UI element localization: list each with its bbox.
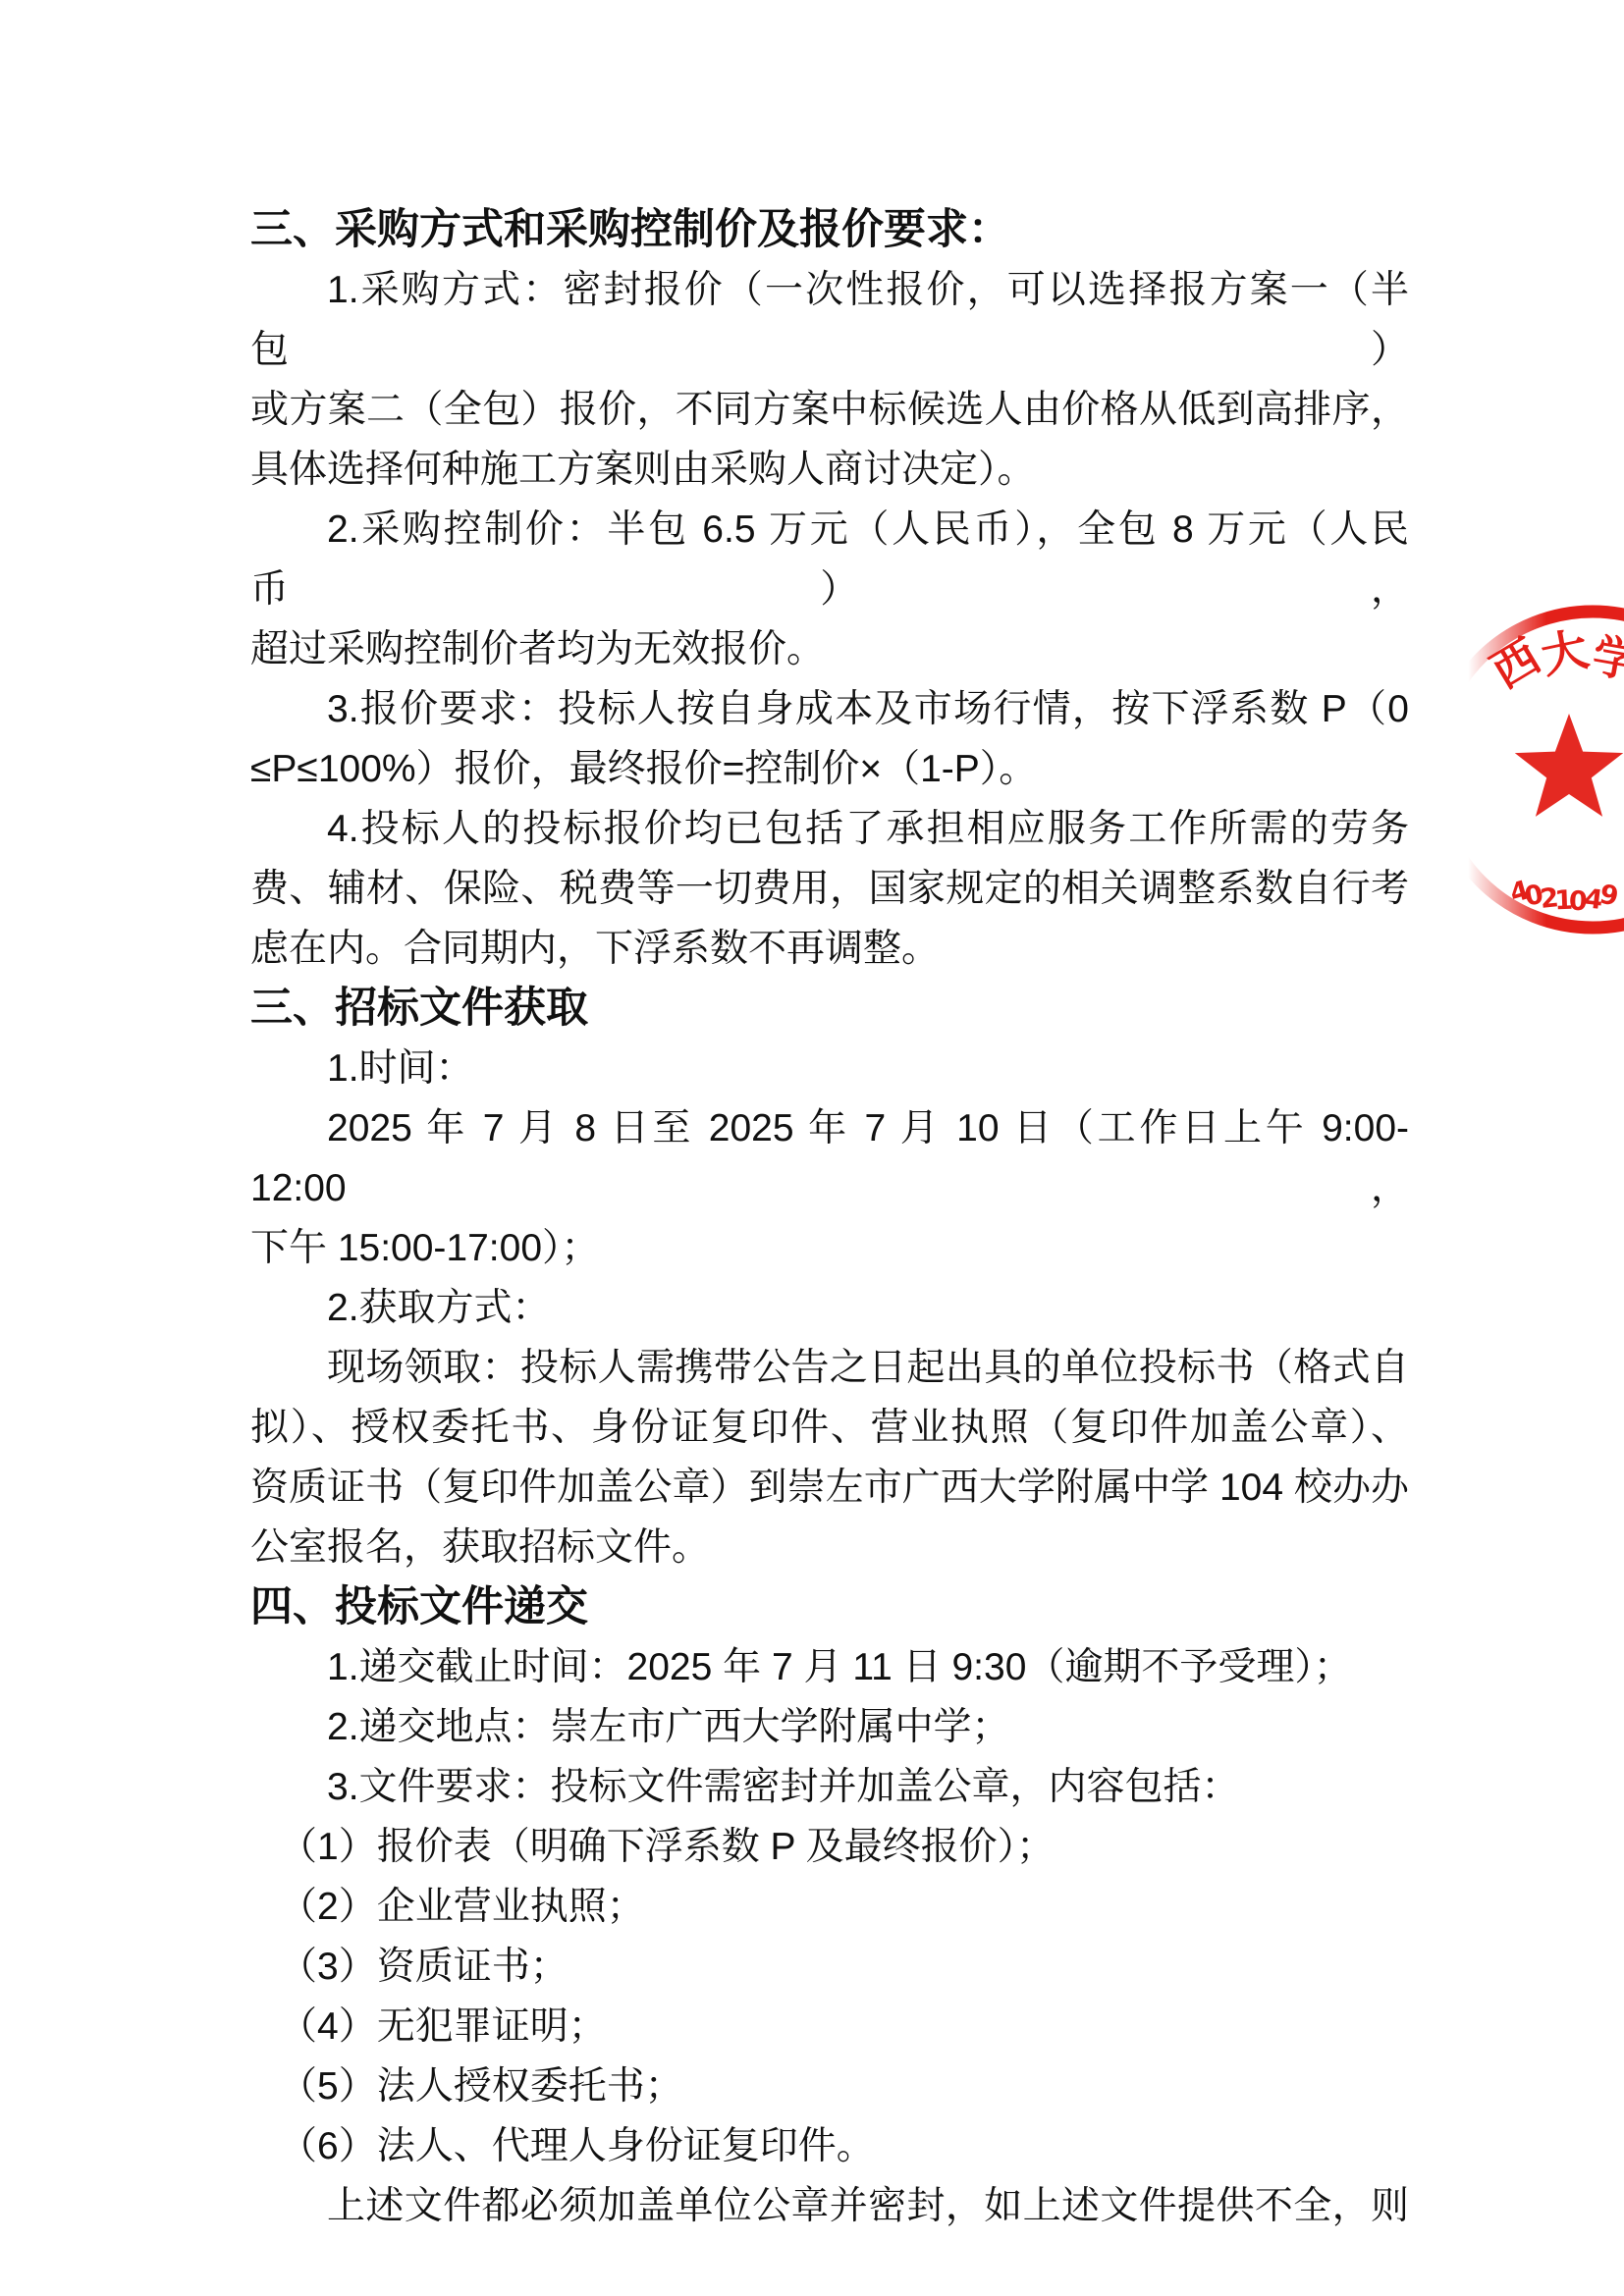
seal-serial-number: 4021049 <box>1506 875 1621 917</box>
seal-glyph: 学 <box>1589 629 1624 688</box>
seal-glyph: 2 <box>1539 882 1560 915</box>
text-line: ≤P≤100%）报价，最终报价=控制价×（1-P）。 <box>250 739 1409 799</box>
text-line: 资质证书（复印件加盖公章）到崇左市广西大学附属中学 104 校办办 <box>250 1458 1409 1518</box>
text-line: 4.投标人的投标报价均已包括了承担相应服务工作所需的劳务 <box>250 799 1409 859</box>
seal-glyph: 4 <box>1583 883 1604 916</box>
seal-glyph: 9 <box>1597 880 1621 913</box>
text-line: 2.采购控制价：半包 6.5 万元（人民币），全包 8 万元（人民币）， <box>250 500 1409 619</box>
text-line: 三、采购方式和采购控制价及报价要求： <box>250 200 1409 260</box>
text-line: 下午 15:00-17:00）； <box>250 1218 1409 1278</box>
document-body: 三、采购方式和采购控制价及报价要求：1.采购方式：密封报价（一次性报价，可以选择… <box>250 200 1409 2236</box>
seal-glyph: 1 <box>1554 885 1574 917</box>
text-line: （6）法人、代理人身份证复印件。 <box>250 2116 1409 2176</box>
seal-glyph: 西 <box>1483 629 1549 698</box>
text-line: 或方案二（全包）报价，不同方案中标候选人由价格从低到高排序， <box>250 380 1409 440</box>
seal-glyph: 0 <box>1522 880 1545 913</box>
text-line: 上述文件都必须加盖单位公章并密封，如上述文件提供不全，则 <box>250 2176 1409 2236</box>
text-line: 费、辅材、保险、税费等一切费用，国家规定的相关调整系数自行考 <box>250 859 1409 919</box>
red-star-icon <box>1515 714 1623 817</box>
text-line: 具体选择何种施工方案则由采购人商讨决定）。 <box>250 440 1409 500</box>
text-line: （5）法人授权委托书； <box>250 2056 1409 2116</box>
text-line: 1.时间： <box>250 1039 1409 1098</box>
text-line: 公室报名，获取招标文件。 <box>250 1518 1409 1577</box>
text-line: 三、招标文件获取 <box>250 979 1409 1039</box>
seal-group: 西大学 4021049 <box>1435 612 1624 928</box>
text-line: 2.获取方式： <box>250 1278 1409 1338</box>
seal-glyph: 0 <box>1568 886 1588 918</box>
text-line: （4）无犯罪证明； <box>250 1997 1409 2056</box>
text-line: 3.报价要求：投标人按自身成本及市场行情，按下浮系数 P（0 <box>250 679 1409 739</box>
text-line: 2.递交地点：崇左市广西大学附属中学； <box>250 1697 1409 1757</box>
seal-arc-text: 西大学 <box>1483 622 1624 698</box>
text-line: 虑在内。合同期内，下浮系数不再调整。 <box>250 919 1409 979</box>
text-line: 3.文件要求：投标文件需密封并加盖公章，内容包括： <box>250 1757 1409 1817</box>
document-page: 三、采购方式和采购控制价及报价要求：1.采购方式：密封报价（一次性报价，可以选择… <box>0 0 1624 2296</box>
text-line: 现场领取：投标人需携带公告之日起出具的单位投标书（格式自 <box>250 1338 1409 1398</box>
text-line: 1.递交截止时间：2025 年 7 月 11 日 9:30（逾期不予受理）； <box>250 1637 1409 1697</box>
text-line: （3）资质证书； <box>250 1937 1409 1997</box>
text-line: 2025 年 7 月 8 日至 2025 年 7 月 10 日（工作日上午 9:… <box>250 1098 1409 1218</box>
text-line: 四、投标文件递交 <box>250 1577 1409 1637</box>
text-line: 超过采购控制价者均为无效报价。 <box>250 619 1409 679</box>
text-line: 拟）、授权委托书、身份证复印件、营业执照（复印件加盖公章）、 <box>250 1398 1409 1458</box>
text-line: 1.采购方式：密封报价（一次性报价，可以选择报方案一（半包） <box>250 260 1409 380</box>
seal-glyph: 4 <box>1506 875 1533 909</box>
text-line: （2）企业营业执照； <box>250 1877 1409 1937</box>
text-line: （1）报价表（明确下浮系数 P 及最终报价）； <box>250 1817 1409 1877</box>
seal-ring <box>1435 612 1624 928</box>
seal-glyph: 大 <box>1537 622 1593 683</box>
